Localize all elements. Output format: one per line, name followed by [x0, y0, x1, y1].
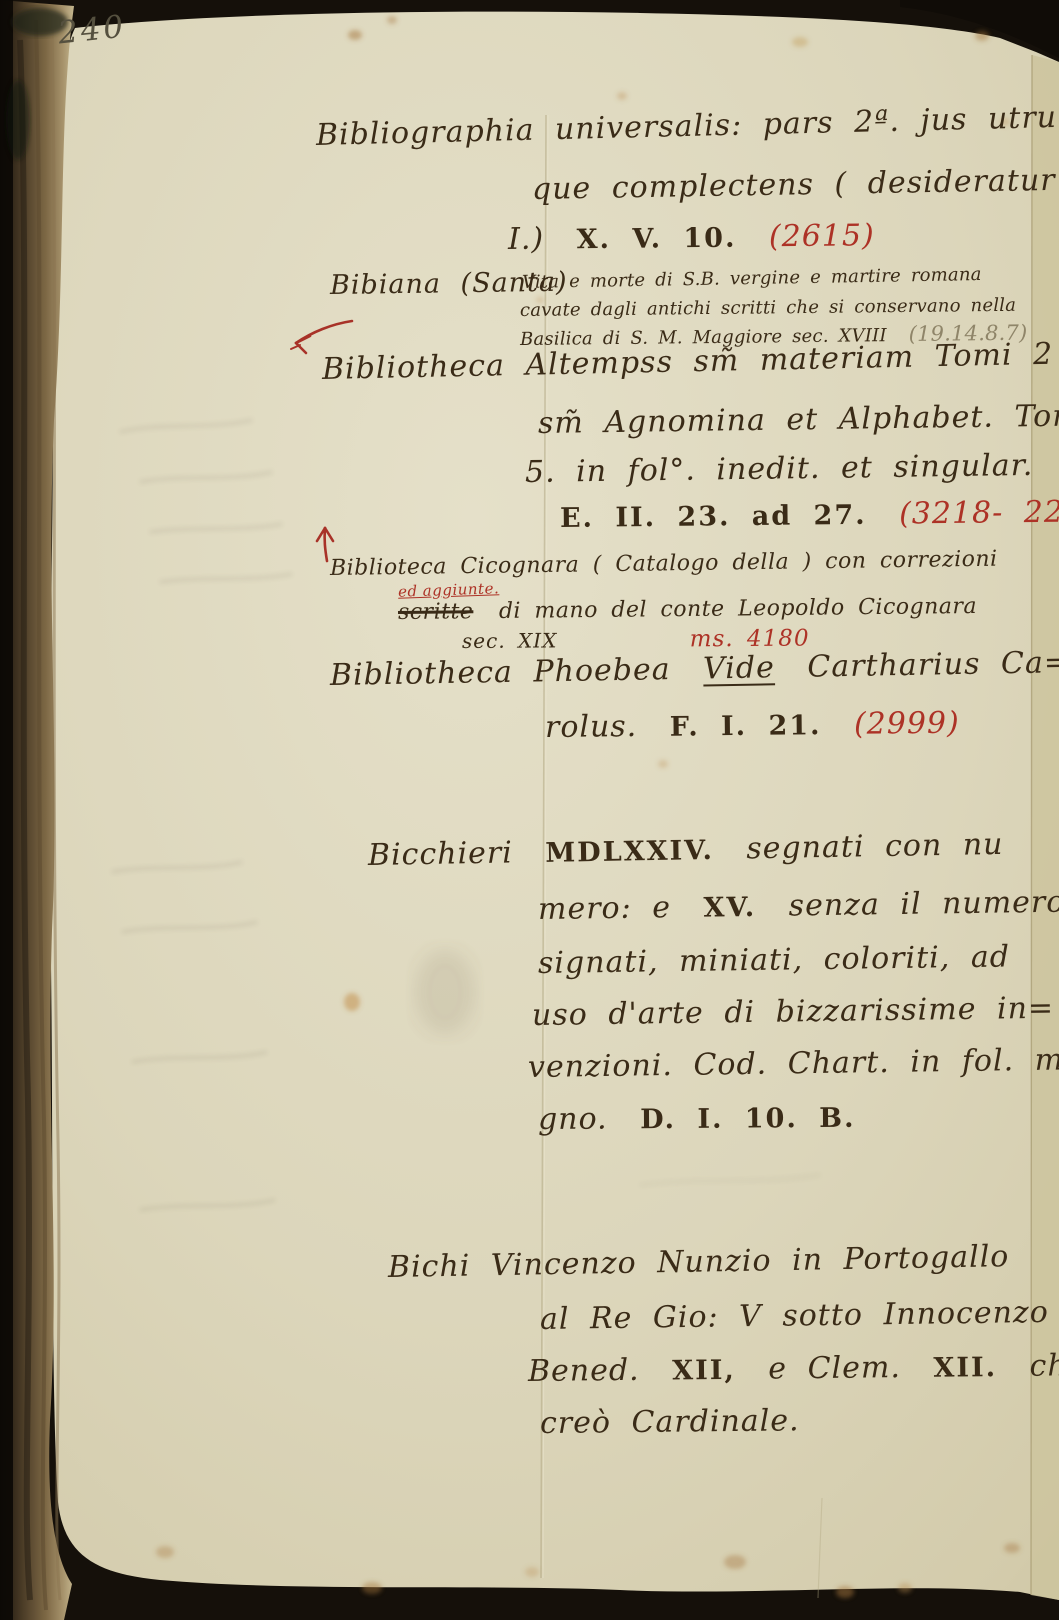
entry-text: Vita e morte di S.B. vergine e martire r… [522, 264, 982, 293]
accession-number-red: (2999) [854, 706, 960, 742]
entry-text: 5. in fol°. inedit. et singular. [525, 448, 1034, 490]
vide-cross-reference: Vide [703, 650, 775, 686]
entry-text: gno. [538, 1102, 608, 1137]
shelfmark: X. V. 10. [576, 223, 736, 256]
entry-phoebea-line1: Bibliotheca Phoebea Vide Cartharius Ca= [330, 645, 1059, 693]
entry-text: rolus. [545, 709, 638, 745]
roman-numeral: XV. [703, 892, 756, 924]
manuscript-page: 240 Bibliographia universalis: pars 2ª. … [0, 0, 1059, 1620]
manuscript-text: Bibliographia universalis: pars 2ª. jus … [0, 0, 1059, 1620]
entry-text: sm̃ Agnomina et Alphabet. Tom. [538, 398, 1059, 441]
entry-text: segnati con nu [746, 827, 1004, 866]
entry-bichi-line4: creò Cardinale. [540, 1403, 800, 1441]
entry-altempss-line2: sm̃ Agnomina et Alphabet. Tom. [538, 398, 1059, 441]
entry-text: venzioni. Cod. Chart. in fol. ma= [528, 1042, 1059, 1085]
entry-text: Bibliographia universalis: pars 2ª. jus … [316, 99, 1059, 153]
entry-text: mero: e [538, 890, 671, 927]
entry-bichi-line1: Bichi Vincenzo Nunzio in Portogallo [388, 1239, 1010, 1285]
entry-text: uso d'arte di bizzarissime in= [532, 991, 1055, 1033]
entry-text: Bicchieri [368, 835, 513, 873]
manuscript-number-red: ms. 4180 [690, 626, 810, 653]
entry-bichi-line3: Bened. XII, e Clem. XII. che lo [528, 1348, 1059, 1389]
entry-text: signati, miniati, coloriti, ad [538, 939, 1010, 981]
shelfmark: F. I. 21. [670, 710, 822, 743]
entry-text: Bibliotheca Altempss sm̃ materiam Tomi 2 [322, 337, 1054, 387]
entry-text: cavate dagli antichi scritti che si cons… [520, 295, 1016, 321]
struck-word: scritte [398, 599, 474, 625]
entry-bibiana-note1: Vita e morte di S.B. vergine e martire r… [522, 264, 982, 293]
entry-altempss-line3: 5. in fol°. inedit. et singular. [525, 448, 1034, 490]
entry-text: e Clem. [768, 1350, 901, 1386]
entry-bicchieri-line6: gno. D. I. 10. B. [538, 1100, 856, 1137]
entry-bibliographia-line1: Bibliographia universalis: pars 2ª. jus … [316, 99, 1059, 153]
entry-text: Bichi Vincenzo Nunzio in Portogallo [388, 1239, 1010, 1285]
entry-bibliographia-line3: I.) X. V. 10. (2615) [508, 218, 875, 257]
entry-bibliographia-line2: que complectens ( desideratur pars [532, 161, 1059, 207]
entry-text: al Re Gio: V sotto Innocenzo [540, 1295, 1049, 1337]
entry-text: Biblioteca Cicognara ( Catalogo della ) … [330, 547, 998, 581]
entry-bibiana-note2: cavate dagli antichi scritti che si cons… [520, 295, 1016, 321]
red-interlinear-insertion: ed aggiunte. [398, 579, 500, 601]
entry-altempss-line1: Bibliotheca Altempss sm̃ materiam Tomi 2 [322, 337, 1054, 387]
entry-bicchieri-line1: Bicchieri MDLXXIV. segnati con nu [368, 827, 1004, 873]
entry-bicchieri-line4: uso d'arte di bizzarissime in= [532, 991, 1055, 1033]
entry-text: di mano del conte Leopoldo Cicognara [499, 594, 977, 624]
entry-bichi-line2: al Re Gio: V sotto Innocenzo XIII. [540, 1293, 1059, 1337]
entry-cicognara-line1: Biblioteca Cicognara ( Catalogo della ) … [330, 547, 998, 581]
entry-text: I.) [508, 222, 544, 257]
accession-number-red: (2615) [769, 218, 875, 254]
entry-text: que complectens ( desideratur pars [532, 161, 1059, 207]
entry-text: Bibliotheca Phoebea [330, 652, 671, 693]
entry-text: Cartharius Ca= [807, 645, 1059, 685]
entry-text: senza il numero, de= [788, 883, 1059, 923]
entry-text: creò Cardinale. [540, 1403, 800, 1441]
entry-cicognara-line2: scritte di mano del conte Leopoldo Cicog… [398, 594, 977, 625]
entry-text: che lo [1029, 1348, 1059, 1384]
entry-bicchieri-line5: venzioni. Cod. Chart. in fol. ma= [528, 1042, 1059, 1085]
entry-phoebea-line2: rolus. F. I. 21. (2999) [545, 706, 960, 745]
century-note: sec. XIX [462, 628, 558, 653]
entry-bicchieri-line2: mero: e XV. senza il numero, de= [538, 883, 1059, 927]
entry-bicchieri-line3: signati, miniati, coloriti, ad [538, 939, 1010, 981]
shelfmark: E. II. 23. ad 27. [560, 500, 867, 534]
roman-numeral: XII. [933, 1352, 997, 1384]
roman-numeral: MDLXXIV. [545, 835, 714, 869]
accession-number-red: (3218- 22) [899, 495, 1059, 532]
roman-numeral: XII, [672, 1355, 736, 1387]
shelfmark: D. I. 10. B. [640, 1103, 855, 1136]
entry-text: Bened. [528, 1353, 640, 1389]
entry-altempss-line4: E. II. 23. ad 27. (3218- 22) [560, 495, 1059, 535]
